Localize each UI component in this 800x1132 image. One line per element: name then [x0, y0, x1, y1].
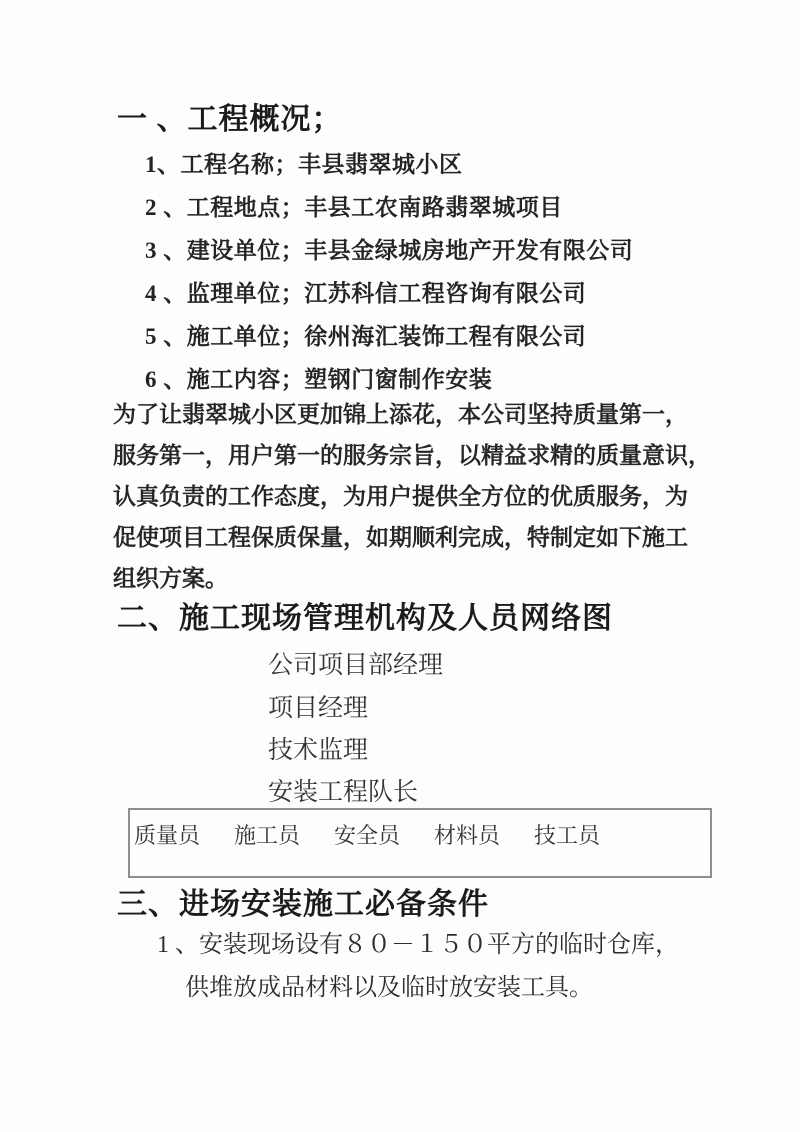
intro-paragraph-line: 认真负责的工作态度，为用户提供全方位的优质服务，为: [113, 482, 688, 511]
role-quality-inspector: 质量员: [130, 819, 230, 850]
warehouse-condition-line: 1 、安装现场设有８０－１５０平方的临时仓库，: [157, 930, 679, 960]
role-safety-officer: 安全员: [330, 819, 430, 850]
role-material-officer: 材料员: [430, 819, 530, 850]
construction-owner-item: 3 、建设单位；丰县金绿城房地产开发有限公司: [145, 236, 633, 265]
org-level-installation-team-leader: 安装工程队长: [268, 777, 418, 808]
construction-unit-item: 5 、施工单位；徐州海汇装饰工程有限公司: [145, 322, 586, 351]
intro-paragraph-line: 为了让翡翠城小区更加锦上添花，本公司坚持质量第一，: [113, 400, 688, 429]
project-location-item: 2 、工程地点；丰县工农南路翡翠城项目: [145, 193, 563, 222]
section1-heading: 一 、工程概况；: [117, 101, 343, 139]
construction-content-item: 6 、施工内容；塑钢门窗制作安装: [145, 365, 492, 394]
org-level-technical-supervisor: 技术监理: [268, 735, 368, 766]
org-level-company-project-manager: 公司项目部经理: [268, 650, 443, 681]
role-skilled-worker: 技工员: [530, 819, 630, 850]
intro-paragraph-line: 促使项目工程保质保量，如期顺利完成，特制定如下施工: [113, 523, 688, 552]
org-level-project-manager: 项目经理: [268, 693, 368, 724]
warehouse-condition-line: 供堆放成品材料以及临时放安装工具。: [185, 973, 593, 1003]
supervision-unit-item: 4 、监理单位；江苏科信工程咨询有限公司: [145, 279, 586, 308]
intro-paragraph-line: 组织方案。: [113, 564, 228, 593]
team-roles-table: 质量员 施工员 安全员 材料员 技工员: [128, 808, 712, 878]
role-construction-worker: 施工员: [230, 819, 330, 850]
section3-heading: 三、进场安装施工必备条件: [117, 886, 489, 924]
project-name-item: 1、工程名称；丰县翡翠城小区: [145, 150, 463, 179]
section2-heading: 二、施工现场管理机构及人员网络图: [117, 600, 613, 638]
intro-paragraph-line: 服务第一，用户第一的服务宗旨，以精益求精的质量意识，: [113, 441, 711, 470]
document-page: 一 、工程概况； 1、工程名称；丰县翡翠城小区 2 、工程地点；丰县工农南路翡翠…: [0, 0, 800, 1132]
